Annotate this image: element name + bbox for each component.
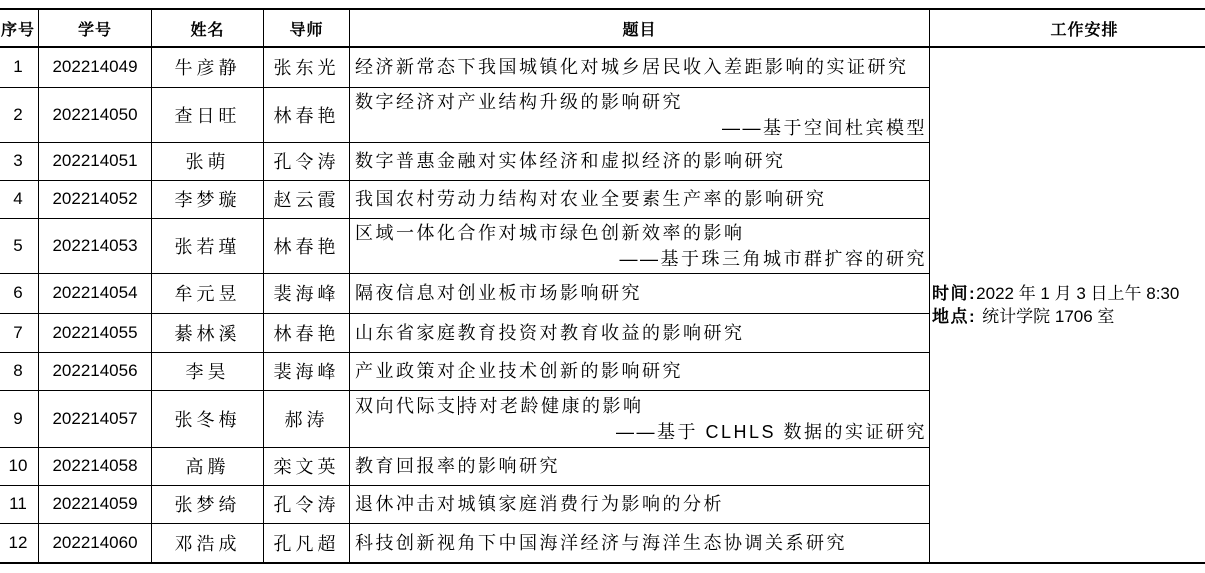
cell-name[interactable]: 李昊 bbox=[152, 352, 264, 390]
cell-index[interactable]: 2 bbox=[0, 87, 39, 142]
cell-advisor[interactable]: 林春艳 bbox=[264, 87, 350, 142]
title-text: 我国农村劳动力结构对农业全要素生产率的影响研究 bbox=[355, 186, 927, 212]
header-name: 姓名 bbox=[152, 9, 264, 47]
title-subtitle: ——基于空间杜宾模型 bbox=[355, 115, 927, 141]
cell-name[interactable]: 高腾 bbox=[152, 447, 264, 485]
cell-index[interactable]: 10 bbox=[0, 447, 39, 485]
title-text: 区域一体化合作对城市绿色创新效率的影响 bbox=[355, 220, 927, 246]
title-text: 产业政策对企业技术创新的影响研究 bbox=[355, 358, 927, 384]
header-title: 题目 bbox=[350, 9, 930, 47]
cell-index[interactable]: 3 bbox=[0, 142, 39, 180]
cell-title[interactable]: 数字经济对产业结构升级的影响研究 ——基于空间杜宾模型 bbox=[350, 87, 930, 142]
cell-name[interactable]: 邓浩成 bbox=[152, 523, 264, 563]
header-advisor: 导师 bbox=[264, 9, 350, 47]
cell-index[interactable]: 11 bbox=[0, 485, 39, 523]
cell-title[interactable]: 我国农村劳动力结构对农业全要素生产率的影响研究 bbox=[350, 180, 930, 218]
title-text: 经济新常态下我国城镇化对城乡居民收入差距影响的实证研究 bbox=[355, 54, 927, 80]
title-after-cursor: 持对老龄健康的影响 bbox=[459, 396, 644, 416]
cell-index[interactable]: 4 bbox=[0, 180, 39, 218]
title-text: 双向代际支持对老龄健康的影响 bbox=[355, 393, 927, 419]
cell-name[interactable]: 李梦璇 bbox=[152, 180, 264, 218]
cell-name[interactable]: 綦林溪 bbox=[152, 313, 264, 352]
cell-name[interactable]: 张若瑾 bbox=[152, 218, 264, 273]
cell-index[interactable]: 5 bbox=[0, 218, 39, 273]
title-subtitle: ——基于 CLHLS 数据的实证研究 bbox=[355, 419, 927, 445]
title-text: 数字普惠金融对实体经济和虚拟经济的影响研究 bbox=[355, 148, 927, 174]
title-text: 退休冲击对城镇家庭消费行为影响的分析 bbox=[355, 491, 927, 517]
cell-advisor[interactable]: 裴海峰 bbox=[264, 352, 350, 390]
time-value: 2022 年 1 月 3 日上午 8:30 bbox=[976, 284, 1179, 303]
cell-title[interactable]: 数字普惠金融对实体经济和虚拟经济的影响研究 bbox=[350, 142, 930, 180]
cell-index[interactable]: 7 bbox=[0, 313, 39, 352]
cell-student-id[interactable]: 202214054 bbox=[39, 273, 152, 313]
cell-title[interactable]: 科技创新视角下中国海洋经济与海洋生态协调关系研究 bbox=[350, 523, 930, 563]
cell-student-id[interactable]: 202214059 bbox=[39, 485, 152, 523]
cell-name[interactable]: 张冬梅 bbox=[152, 390, 264, 447]
cell-title[interactable]: 区域一体化合作对城市绿色创新效率的影响 ——基于珠三角城市群扩容的研究 bbox=[350, 218, 930, 273]
cell-advisor[interactable]: 裴海峰 bbox=[264, 273, 350, 313]
location-value: 统计学院 1706 室 bbox=[976, 307, 1114, 326]
cell-advisor[interactable]: 赵云霞 bbox=[264, 180, 350, 218]
cell-advisor[interactable]: 栾文英 bbox=[264, 447, 350, 485]
location-label: 地点: bbox=[932, 307, 976, 326]
cell-advisor[interactable]: 孔凡超 bbox=[264, 523, 350, 563]
schedule-time: 时间:2022 年 1 月 3 日上午 8:30 bbox=[932, 282, 1205, 305]
cell-title[interactable]: 双向代际支持对老龄健康的影响 ——基于 CLHLS 数据的实证研究 bbox=[350, 390, 930, 447]
header-index: 序号 bbox=[0, 9, 39, 47]
title-text: 隔夜信息对创业板市场影响研究 bbox=[355, 280, 927, 306]
title-text: 教育回报率的影响研究 bbox=[355, 453, 927, 479]
title-subtitle: ——基于珠三角城市群扩容的研究 bbox=[355, 246, 927, 272]
cell-student-id[interactable]: 202214049 bbox=[39, 47, 152, 87]
cell-index[interactable]: 9 bbox=[0, 390, 39, 447]
cell-advisor[interactable]: 孔令涛 bbox=[264, 142, 350, 180]
header-schedule: 工作安排 bbox=[930, 9, 1205, 47]
cell-student-id[interactable]: 202214055 bbox=[39, 313, 152, 352]
header-row: 序号 学号 姓名 导师 题目 工作安排 bbox=[0, 9, 1205, 47]
cell-title[interactable]: 隔夜信息对创业板市场影响研究 bbox=[350, 273, 930, 313]
cell-advisor[interactable]: 孔令涛 bbox=[264, 485, 350, 523]
cell-title[interactable]: 山东省家庭教育投资对教育收益的影响研究 bbox=[350, 313, 930, 352]
title-text: 山东省家庭教育投资对教育收益的影响研究 bbox=[355, 320, 927, 346]
cell-advisor[interactable]: 林春艳 bbox=[264, 313, 350, 352]
cell-title[interactable]: 教育回报率的影响研究 bbox=[350, 447, 930, 485]
title-text: 数字经济对产业结构升级的影响研究 bbox=[355, 89, 927, 115]
time-label: 时间: bbox=[932, 284, 976, 303]
document-table-sheet: 序号 学号 姓名 导师 题目 工作安排 1 202214049 牛彦静 张东光 … bbox=[0, 8, 1205, 564]
cell-title[interactable]: 经济新常态下我国城镇化对城乡居民收入差距影响的实证研究 bbox=[350, 47, 930, 87]
cell-index[interactable]: 1 bbox=[0, 47, 39, 87]
title-before-cursor: 双向代际支 bbox=[355, 396, 458, 416]
cell-title[interactable]: 产业政策对企业技术创新的影响研究 bbox=[350, 352, 930, 390]
cell-index[interactable]: 12 bbox=[0, 523, 39, 563]
cell-title[interactable]: 退休冲击对城镇家庭消费行为影响的分析 bbox=[350, 485, 930, 523]
cell-student-id[interactable]: 202214053 bbox=[39, 218, 152, 273]
cell-index[interactable]: 6 bbox=[0, 273, 39, 313]
cell-student-id[interactable]: 202214058 bbox=[39, 447, 152, 485]
cell-student-id[interactable]: 202214051 bbox=[39, 142, 152, 180]
schedule-cell[interactable]: 时间:2022 年 1 月 3 日上午 8:30 地点:统计学院 1706 室 bbox=[930, 47, 1205, 563]
cell-name[interactable]: 张萌 bbox=[152, 142, 264, 180]
cell-advisor[interactable]: 林春艳 bbox=[264, 218, 350, 273]
cell-student-id[interactable]: 202214050 bbox=[39, 87, 152, 142]
cell-index[interactable]: 8 bbox=[0, 352, 39, 390]
cell-name[interactable]: 张梦绮 bbox=[152, 485, 264, 523]
cell-advisor[interactable]: 张东光 bbox=[264, 47, 350, 87]
cell-name[interactable]: 查日旺 bbox=[152, 87, 264, 142]
cell-name[interactable]: 牟元昱 bbox=[152, 273, 264, 313]
table-row: 1 202214049 牛彦静 张东光 经济新常态下我国城镇化对城乡居民收入差距… bbox=[0, 47, 1205, 87]
header-student-id: 学号 bbox=[39, 9, 152, 47]
schedule-location: 地点:统计学院 1706 室 bbox=[932, 305, 1205, 328]
cell-name[interactable]: 牛彦静 bbox=[152, 47, 264, 87]
title-text: 科技创新视角下中国海洋经济与海洋生态协调关系研究 bbox=[355, 530, 927, 556]
cell-advisor[interactable]: 郝涛 bbox=[264, 390, 350, 447]
cell-student-id[interactable]: 202214057 bbox=[39, 390, 152, 447]
cell-student-id[interactable]: 202214060 bbox=[39, 523, 152, 563]
cell-student-id[interactable]: 202214052 bbox=[39, 180, 152, 218]
defense-schedule-table: 序号 学号 姓名 导师 题目 工作安排 1 202214049 牛彦静 张东光 … bbox=[0, 8, 1205, 564]
cell-student-id[interactable]: 202214056 bbox=[39, 352, 152, 390]
